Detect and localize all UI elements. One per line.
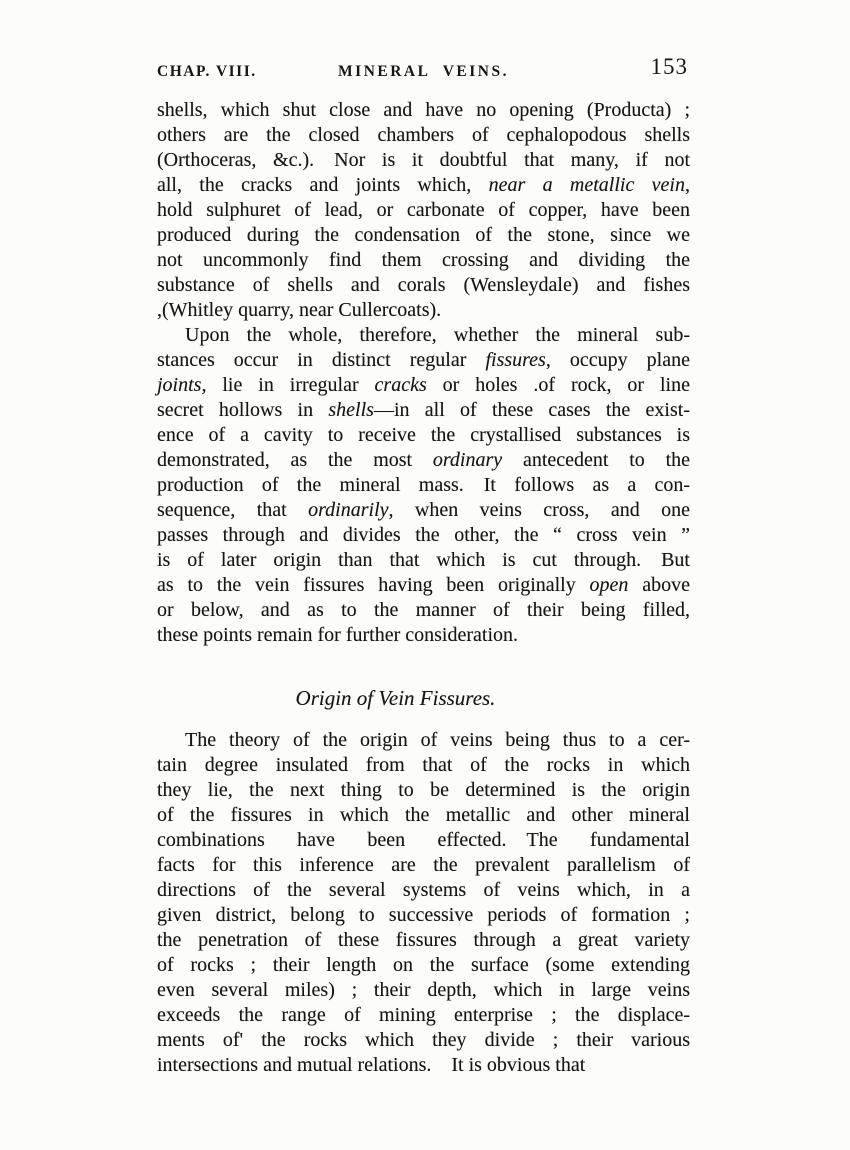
text-line: Upon the whole, therefore, whether the m… [157, 323, 690, 348]
text-line: passes through and divides the other, th… [157, 523, 690, 548]
section-heading: Origin of Vein Fissures. [129, 686, 662, 711]
text-line: of the fissures in which the metallic an… [157, 803, 690, 828]
text-line: as to the vein fissures having been orig… [157, 573, 690, 598]
text-line: exceeds the range of mining enterprise ;… [157, 1003, 690, 1028]
text-line: The theory of the origin of veins being … [157, 728, 690, 753]
italic-text: near a metallic vein [489, 174, 685, 196]
italic-text: Origin of Vein Fissures. [296, 686, 496, 710]
text-line: production of the mineral mass. It follo… [157, 473, 690, 498]
italic-text: ordinarily [308, 499, 388, 521]
text-line: they lie, the next thing to be determine… [157, 778, 690, 803]
page-header: CHAP. VIII. MINERAL VEINS. 153 [157, 56, 690, 86]
text-line: Origin of Vein Fissures. [129, 686, 662, 711]
page-body: shells, which shut close and have no ope… [157, 98, 690, 1078]
text-line: not uncommonly find them crossing and di… [157, 248, 690, 273]
text-line: sequence, that ordinarily, when veins cr… [157, 498, 690, 523]
running-title: MINERAL VEINS. [157, 63, 690, 81]
text-line: these points remain for further consider… [157, 623, 690, 648]
italic-text: open [590, 574, 629, 596]
text-line: of rocks ; their length on the surface (… [157, 953, 690, 978]
text-line: all, the cracks and joints which, near a… [157, 173, 690, 198]
text-line: substance of shells and corals (Wensleyd… [157, 273, 690, 298]
text-line: produced during the condensation of the … [157, 223, 690, 248]
text-line: secret hollows in shells—in all of these… [157, 398, 690, 423]
text-line: or below, and as to the manner of their … [157, 598, 690, 623]
body-paragraph: The theory of the origin of veins being … [157, 728, 690, 1078]
text-line: even several miles) ; their depth, which… [157, 978, 690, 1003]
body-paragraph: Upon the whole, therefore, whether the m… [157, 323, 690, 648]
text-line: stances occur in distinct regular fissur… [157, 348, 690, 373]
text-line: (Orthoceras, &c.). Nor is it doubtful th… [157, 148, 690, 173]
text-line: directions of the several systems of vei… [157, 878, 690, 903]
text-line: tain degree insulated from that of the r… [157, 753, 690, 778]
book-page: CHAP. VIII. MINERAL VEINS. 153 shells, w… [0, 0, 850, 1150]
italic-text: ordinary [433, 449, 502, 471]
italic-text: shells [328, 399, 374, 421]
text-line: ments of' the rocks which they divide ; … [157, 1028, 690, 1053]
text-line: others are the closed chambers of cephal… [157, 123, 690, 148]
text-line: is of later origin than that which is cu… [157, 548, 690, 573]
text-line: demonstrated, as the most ordinary antec… [157, 448, 690, 473]
text-line: joints, lie in irregular cracks or holes… [157, 373, 690, 398]
italic-text: fissures [485, 349, 545, 371]
text-line: facts for this inference are the prevale… [157, 853, 690, 878]
text-line: intersections and mutual relations. It i… [157, 1053, 690, 1078]
text-line: shells, which shut close and have no ope… [157, 98, 690, 123]
text-line: ,(Whitley quarry, near Cullercoats). [157, 298, 690, 323]
text-line: hold sulphuret of lead, or carbonate of … [157, 198, 690, 223]
text-line: ence of a cavity to receive the crystall… [157, 423, 690, 448]
text-line: given district, belong to successive per… [157, 903, 690, 928]
italic-text: joints [157, 374, 201, 396]
page-number: 153 [651, 54, 689, 80]
text-line: the penetration of these fissures throug… [157, 928, 690, 953]
body-paragraph: shells, which shut close and have no ope… [157, 98, 690, 323]
italic-text: cracks [375, 374, 427, 396]
text-line: combinations have been effected. The fun… [157, 828, 690, 853]
